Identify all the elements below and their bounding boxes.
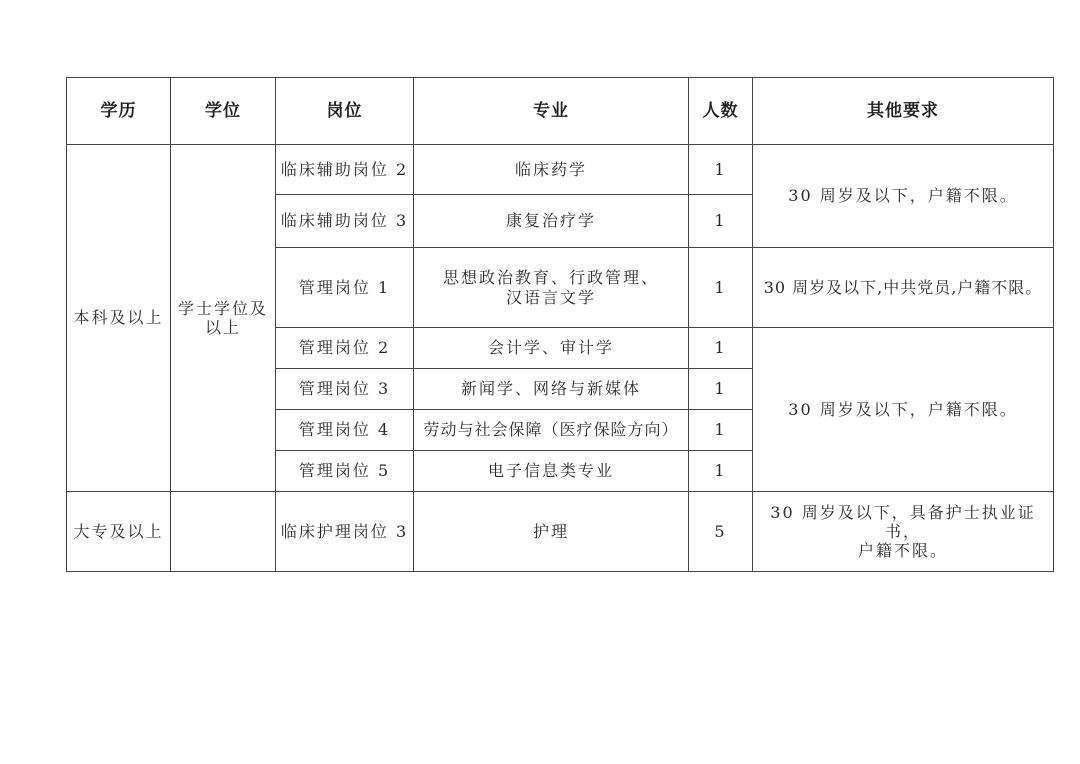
major-cell: 新闻学、网络与新媒体 xyxy=(414,369,689,410)
position-cell: 临床辅助岗位 2 xyxy=(276,145,414,195)
position-cell: 管理岗位 3 xyxy=(276,369,414,410)
count-cell: 5 xyxy=(689,492,753,572)
count-cell: 1 xyxy=(689,195,753,248)
degree-cell xyxy=(171,492,276,572)
major-cell: 电子信息类专业 xyxy=(414,451,689,492)
header-position: 岗位 xyxy=(276,78,414,145)
major-cell: 思想政治教育、行政管理、 汉语言文学 xyxy=(414,248,689,328)
count-cell: 1 xyxy=(689,328,753,369)
count-cell: 1 xyxy=(689,451,753,492)
position-cell: 管理岗位 2 xyxy=(276,328,414,369)
major-cell: 康复治疗学 xyxy=(414,195,689,248)
count-cell: 1 xyxy=(689,248,753,328)
requirement-cell: 30 周岁及以下，户籍不限。 xyxy=(753,328,1054,492)
position-cell: 管理岗位 4 xyxy=(276,410,414,451)
degree-line: 以上 xyxy=(175,318,271,337)
major-cell: 临床药学 xyxy=(414,145,689,195)
requirement-cell: 30 周岁及以下，具备护士执业证书， 户籍不限。 xyxy=(753,492,1054,572)
header-education: 学历 xyxy=(67,78,171,145)
major-cell: 会计学、审计学 xyxy=(414,328,689,369)
major-cell: 护理 xyxy=(414,492,689,572)
major-line: 思想政治教育、行政管理、 xyxy=(418,268,684,287)
major-line: 汉语言文学 xyxy=(418,288,684,307)
major-cell: 劳动与社会保障（医疗保险方向） xyxy=(414,410,689,451)
position-cell: 临床辅助岗位 3 xyxy=(276,195,414,248)
header-count: 人数 xyxy=(689,78,753,145)
degree-cell: 学士学位及 以上 xyxy=(171,145,276,492)
header-row: 学历 学位 岗位 专业 人数 其他要求 xyxy=(67,78,1054,145)
table-row: 大专及以上 临床护理岗位 3 护理 5 30 周岁及以下，具备护士执业证书， 户… xyxy=(67,492,1054,572)
requirement-cell: 30 周岁及以下,中共党员,户籍不限。 xyxy=(753,248,1054,328)
position-cell: 临床护理岗位 3 xyxy=(276,492,414,572)
count-cell: 1 xyxy=(689,145,753,195)
header-major: 专业 xyxy=(414,78,689,145)
education-cell: 本科及以上 xyxy=(67,145,171,492)
header-degree: 学位 xyxy=(171,78,276,145)
count-cell: 1 xyxy=(689,410,753,451)
degree-line: 学士学位及 xyxy=(175,299,271,318)
position-cell: 管理岗位 1 xyxy=(276,248,414,328)
recruitment-table: 学历 学位 岗位 专业 人数 其他要求 本科及以上 学士学位及 以上 临床辅助岗… xyxy=(66,77,1054,572)
requirement-line: 30 周岁及以下，具备护士执业证书， xyxy=(757,503,1049,541)
table-row: 本科及以上 学士学位及 以上 临床辅助岗位 2 临床药学 1 30 周岁及以下，… xyxy=(67,145,1054,195)
position-cell: 管理岗位 5 xyxy=(276,451,414,492)
requirement-cell: 30 周岁及以下，户籍不限。 xyxy=(753,145,1054,248)
count-cell: 1 xyxy=(689,369,753,410)
requirement-line: 户籍不限。 xyxy=(757,541,1049,560)
header-other-requirements: 其他要求 xyxy=(753,78,1054,145)
education-cell: 大专及以上 xyxy=(67,492,171,572)
